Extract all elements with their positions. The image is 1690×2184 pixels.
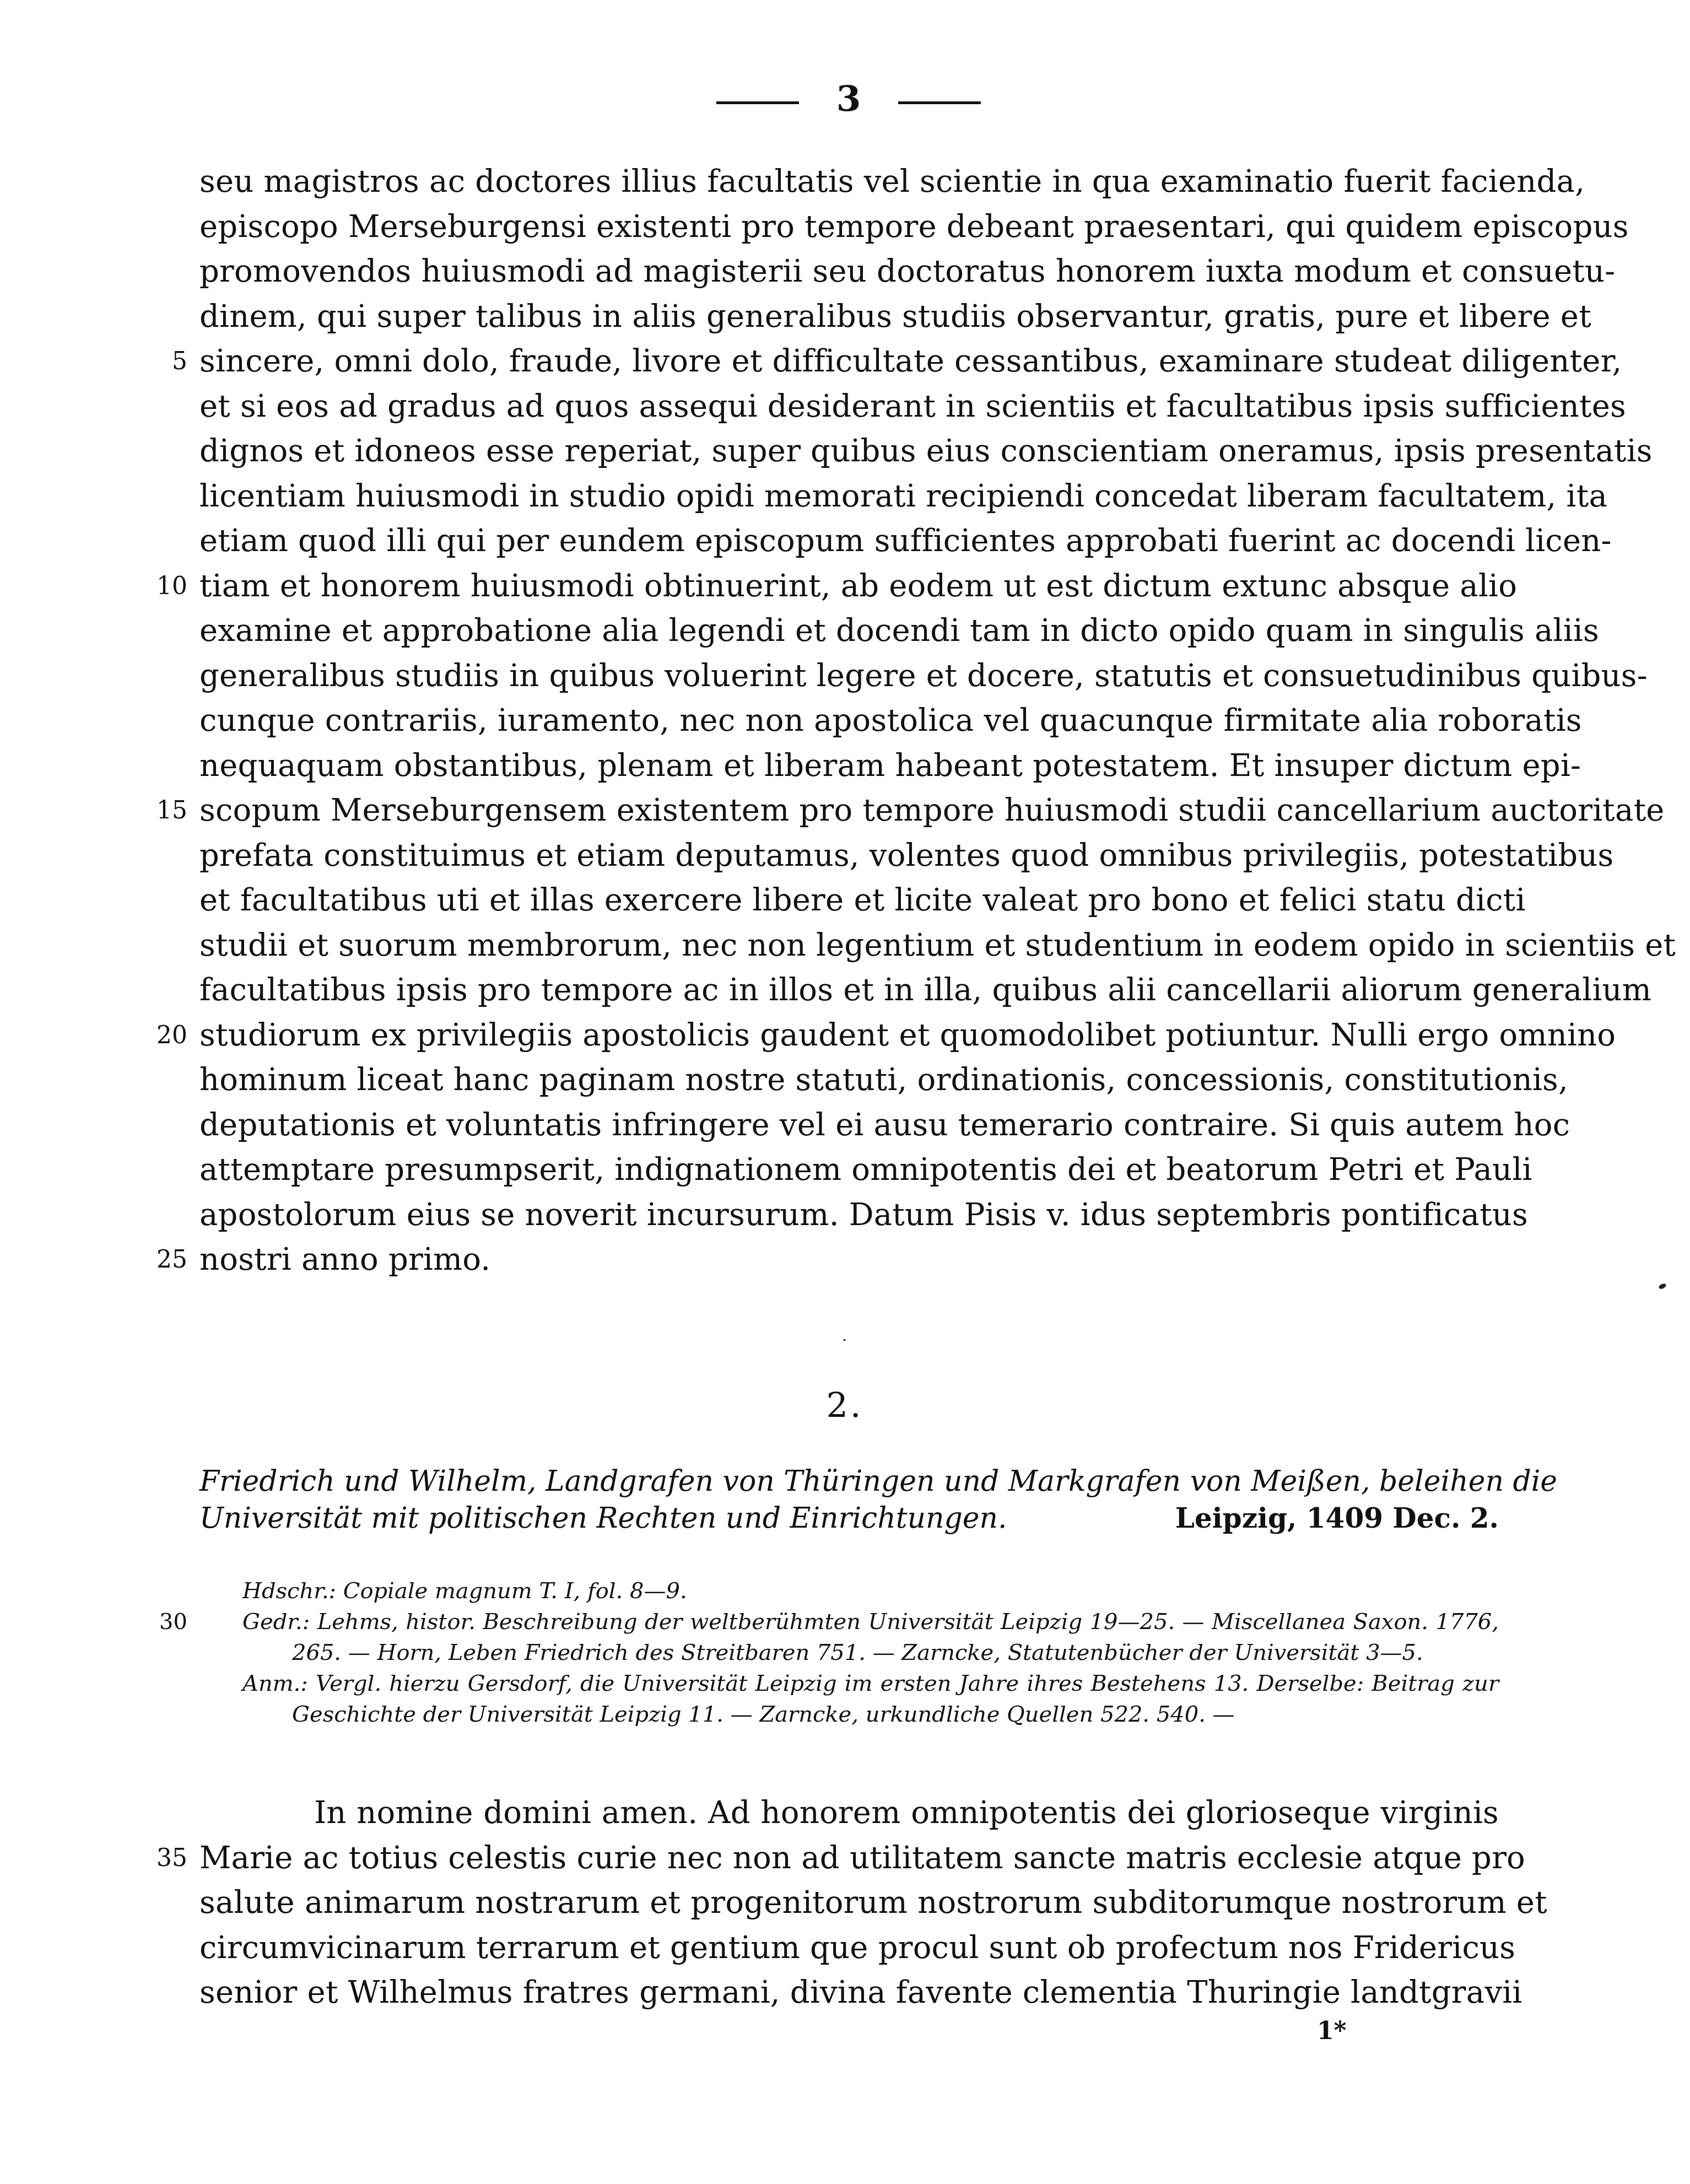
text-line: seu magistros ac doctores illius faculta…: [199, 163, 1499, 201]
note-remark-continued: Geschichte der Universität Leipzig 11. —…: [292, 1700, 1499, 1729]
document-date: Leipzig, 1409 Dec. 2.: [1175, 1500, 1499, 1536]
text-line: prefata constituimus et etiam deputamus,…: [199, 837, 1499, 875]
heading-line: Friedrich und Wilhelm, Landgrafen von Th…: [199, 1463, 1499, 1500]
text-line: studii et suorum membrorum, nec non lege…: [199, 926, 1499, 965]
text-line: In nomine domini amen. Ad honorem omnipo…: [314, 1794, 1499, 1832]
text-line: facultatibus ipsis pro tempore ac in ill…: [199, 971, 1499, 1010]
text-line: sincere, omni dolo, fraude, livore et di…: [199, 342, 1499, 381]
header-rule-left: [716, 101, 799, 104]
text-line: dinem, qui super talibus in aliis genera…: [199, 298, 1499, 336]
header-rule-right: [898, 101, 981, 104]
scan-speck: [1658, 1282, 1667, 1290]
text-line: tiam et honorem huiusmodi obtinuerint, a…: [199, 567, 1499, 606]
line-number: 5: [121, 342, 187, 381]
heading-line: Universität mit politischen Rechten und …: [199, 1500, 1499, 1536]
text-line: hominum liceat hanc paginam nostre statu…: [199, 1061, 1499, 1099]
heading-line-text: Universität mit politischen Rechten und …: [199, 1502, 1007, 1535]
text-line: deputationis et voluntatis infringere ve…: [199, 1106, 1499, 1145]
text-line: attemptare presumpserit, indignationem o…: [199, 1151, 1499, 1189]
text-line: dignos et idoneos esse reperiat, super q…: [199, 432, 1499, 471]
note-manuscript: Hdschr.: Copiale magnum T. I, fol. 8—9.: [242, 1576, 1499, 1606]
text-line: et facultatibus uti et illas exercere li…: [199, 881, 1499, 920]
page-header: 3: [0, 77, 1690, 121]
text-line: et si eos ad gradus ad quos assequi desi…: [199, 387, 1499, 426]
text-line: circumvicinarum terrarum et gentium que …: [199, 1929, 1499, 1967]
text-line: etiam quod illi qui per eundem episcopum…: [199, 522, 1499, 560]
note-remark: Anm.: Vergl. hierzu Gersdorf, die Univer…: [242, 1669, 1499, 1698]
text-line: senior et Wilhelmus fratres germani, div…: [199, 1973, 1499, 2012]
text-line: nequaquam obstantibus, plenam et liberam…: [199, 747, 1499, 785]
line-number: 35: [121, 1839, 187, 1878]
line-number: 10: [121, 567, 187, 606]
text-line: cunque contrariis, iuramento, nec non ap…: [199, 702, 1499, 740]
text-line: promovendos huiusmodi ad magisterii seu …: [199, 252, 1499, 291]
scan-speck: [843, 1339, 846, 1341]
text-line: licentiam huiusmodi in studio opidi memo…: [199, 477, 1499, 516]
text-line: episcopo Merseburgensi existenti pro tem…: [199, 208, 1499, 246]
text-line: scopum Merseburgensem existentem pro tem…: [199, 791, 1499, 830]
text-line: generalibus studiis in quibus voluerint …: [199, 657, 1499, 695]
note-printed: Gedr.: Lehms, histor. Beschreibung der w…: [242, 1607, 1499, 1637]
line-number: 30: [121, 1607, 187, 1637]
text-line: apostolorum eius se noverit incursurum. …: [199, 1196, 1499, 1234]
line-number: 20: [121, 1016, 187, 1055]
section-number: 2.: [817, 1383, 872, 1427]
page-number: 3: [827, 77, 871, 121]
text-line: salute animarum nostrarum et progenitoru…: [199, 1884, 1499, 1922]
text-line: Marie ac totius celestis curie nec non a…: [199, 1839, 1499, 1878]
note-printed-continued: 265. — Horn, Leben Friedrich des Streitb…: [292, 1638, 1499, 1668]
signature-mark: 1*: [1317, 2017, 1347, 2045]
text-line: studiorum ex privilegiis apostolicis gau…: [199, 1016, 1499, 1055]
text-line: nostri anno primo.: [199, 1241, 1499, 1279]
text-line: examine et approbatione alia legendi et …: [199, 612, 1499, 650]
line-number: 25: [121, 1241, 187, 1279]
line-number: 15: [121, 791, 187, 830]
